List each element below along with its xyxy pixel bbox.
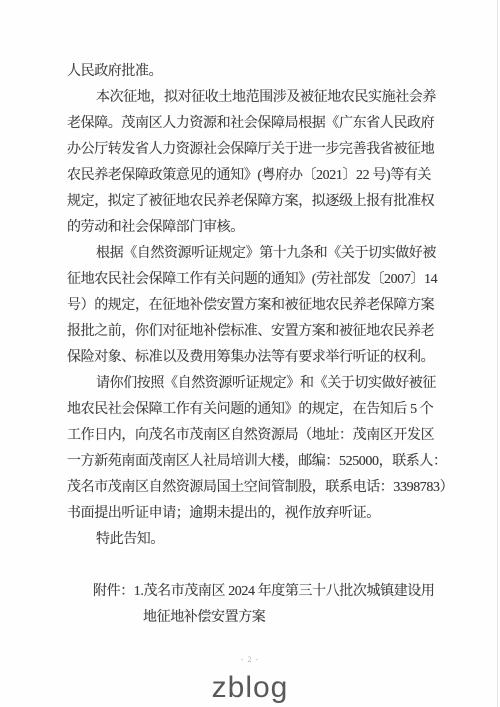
document-line: 特此告知。	[67, 527, 457, 553]
document-line: 本次征地，拟对征收土地范围涉及被征地农民实施社会养	[67, 85, 457, 111]
document-line: 办公厅转发省人力资源社会保障厅关于进一步完善我省被征地	[67, 137, 457, 163]
document-line: 根据《自然资源听证规定》第十九条和《关于切实做好被	[67, 241, 457, 267]
document-line: 的劳动和社会保障部门审核。	[67, 215, 457, 241]
document-line: 请你们按照《自然资源听证规定》和《关于切实做好被征	[67, 371, 457, 397]
document-line: 保险对象、标准以及费用筹集办法等有要求举行听证的权利。	[67, 345, 457, 371]
document-line: 茂名市茂南区自然资源局国土空间管制股，联系电话：3398783）	[67, 475, 457, 501]
attachment-line: 地征地补偿安置方案	[67, 605, 457, 631]
document-line: 农民养老保障政策意见的通知》(粤府办〔2021〕22 号)等有关	[67, 163, 457, 189]
site-logo-watermark[interactable]: zblog	[0, 670, 500, 706]
scanned-document-page: 人民政府批准。 本次征地，拟对征收土地范围涉及被征地农民实施社会养 老保障。茂南…	[0, 0, 500, 707]
attachment-line: 附件：1.茂名市茂南区 2024 年度第三十八批次城镇建设用	[67, 579, 457, 605]
document-line: 号）的规定，在征地补偿安置方案和被征地农民养老保障方案	[67, 293, 457, 319]
document-line: 征地农民社会保障工作有关问题的通知》(劳社部发〔2007〕14	[67, 267, 457, 293]
document-line: 一方新苑南面茂南区人社局培训大楼，邮编：525000，联系人：	[67, 449, 457, 475]
document-line: 老保障。茂南区人力资源和社会保障局根据《广东省人民政府	[67, 111, 457, 137]
document-line: 地农民社会保障工作有关问题的通知》的规定，在告知后 5 个	[67, 397, 457, 423]
document-line: 人民政府批准。	[67, 59, 457, 85]
page-number: - 2 -	[0, 655, 500, 664]
document-line: 报批之前，你们对征地补偿标准、安置方案和被征地农民养老	[67, 319, 457, 345]
document-line: 工作日内，向茂名市茂南区自然资源局（地址：茂南区开发区	[67, 423, 457, 449]
document-line: 书面提出听证申请；逾期未提出的，视作放弃听证。	[67, 501, 457, 527]
document-blank-line	[67, 553, 457, 579]
document-body: 人民政府批准。 本次征地，拟对征收土地范围涉及被征地农民实施社会养 老保障。茂南…	[67, 59, 457, 631]
scan-edge-line	[497, 0, 498, 707]
document-line: 规定，拟定了被征地农民养老保障方案，拟逐级上报有批准权	[67, 189, 457, 215]
